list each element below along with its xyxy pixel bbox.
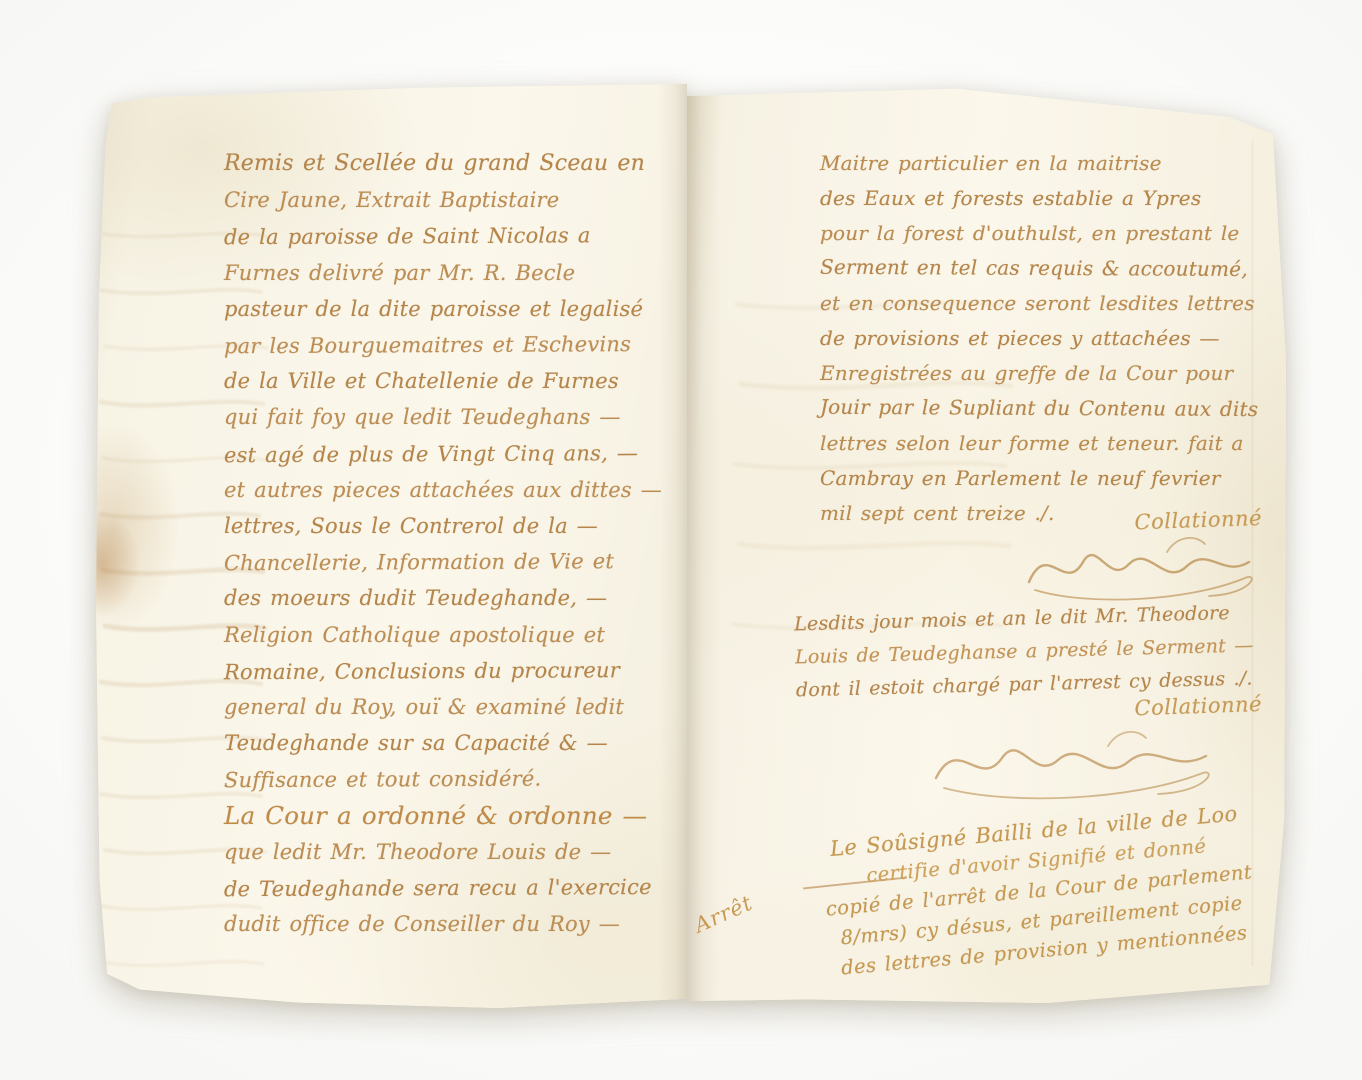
manuscript-line: Romaine, Conclusions du procureur	[224, 652, 694, 691]
left-page-text: Remis et Scellée du grand Sceau enCire J…	[224, 146, 694, 942]
manuscript-line: de provisions et pieces y attachées —	[820, 321, 1298, 356]
manuscript-line: Serment en tel cas requis & accoutumé,	[820, 250, 1298, 288]
manuscript-line: Jouir par le Supliant du Contenu aux dit…	[820, 390, 1298, 428]
right-page-text: Maitre particulier en la maitrisedes Eau…	[820, 146, 1298, 531]
manuscript-line: de la Ville et Chatellenie de Furnes	[224, 363, 694, 399]
manuscript-line: Teudeghande sur sa Capacité & —	[224, 725, 694, 761]
left-page: Remis et Scellée du grand Sceau enCire J…	[96, 84, 687, 1008]
manuscript-line: que ledit Mr. Theodore Louis de —	[224, 834, 694, 870]
manuscript-line: Enregistrées au greffe de la Cour pour	[820, 356, 1298, 391]
manuscript-line: pasteur de la dite paroisse et legalisé	[224, 291, 694, 327]
manuscript-line: Furnes delivré par Mr. R. Becle	[224, 255, 694, 291]
signature-flourish-icon	[922, 724, 1227, 802]
right-page: Maitre particulier en la maitrisedes Eau…	[687, 86, 1286, 1003]
bailiff-certification-text: Le Soûsigné Bailli de la ville de Loocer…	[763, 793, 1314, 989]
manuscript-line: de la paroisse de Saint Nicolas a	[224, 217, 694, 256]
manuscript-line: qui fait foy que ledit Teudeghans —	[224, 399, 694, 435]
manuscript-line: Chancellerie, Information de Vie et	[224, 543, 694, 582]
manuscript-line: general du Roy, ouï & examiné ledit	[224, 689, 694, 725]
manuscript-line: Maitre particulier en la maitrise	[820, 146, 1298, 181]
manuscript-line: Religion Catholique apostolique et	[224, 617, 694, 653]
attestation-text: Lesdits jour mois et an le dit Mr. Theod…	[794, 596, 1286, 708]
manuscript-line: des moeurs dudit Teudeghande, —	[224, 580, 694, 616]
manuscript-line: de Teudeghande sera recu a l'exercice	[224, 869, 694, 908]
manuscript-line: lettres selon leur forme et teneur. fait…	[820, 426, 1298, 461]
photo-background: Remis et Scellée du grand Sceau enCire J…	[0, 0, 1362, 1080]
manuscript-line: des Eaux et forests establie a Ypres	[820, 181, 1298, 216]
manuscript-line: La Cour a ordonné & ordonne —	[224, 798, 694, 834]
manuscript-line: pour la forest d'outhulst, en prestant l…	[820, 216, 1298, 251]
manuscript-line: et autres pieces attachées aux dittes —	[224, 472, 694, 508]
manuscript-line: Suffisance et tout considéré.	[224, 760, 694, 799]
manuscript-line: lettres, Sous le Contrerol de la —	[224, 508, 694, 544]
signature-flourish-icon	[1017, 532, 1267, 602]
manuscript-line: Cambray en Parlement le neuf fevrier	[820, 461, 1298, 496]
center-fold-shadow	[687, 86, 721, 1003]
manuscript-line: est agé de plus de Vingt Cinq ans, —	[224, 434, 694, 473]
manuscript-line: et en consequence seront lesdites lettre…	[820, 286, 1298, 321]
manuscript-line: Remis et Scellée du grand Sceau en	[224, 146, 694, 182]
manuscript-line: par les Bourguemaitres et Eschevins	[224, 326, 694, 365]
manuscript-line: dudit office de Conseiller du Roy —	[224, 906, 694, 942]
manuscript-line: Cire Jaune, Extrait Baptistaire	[224, 182, 694, 218]
manuscript-spread: Remis et Scellée du grand Sceau enCire J…	[0, 0, 1362, 1080]
